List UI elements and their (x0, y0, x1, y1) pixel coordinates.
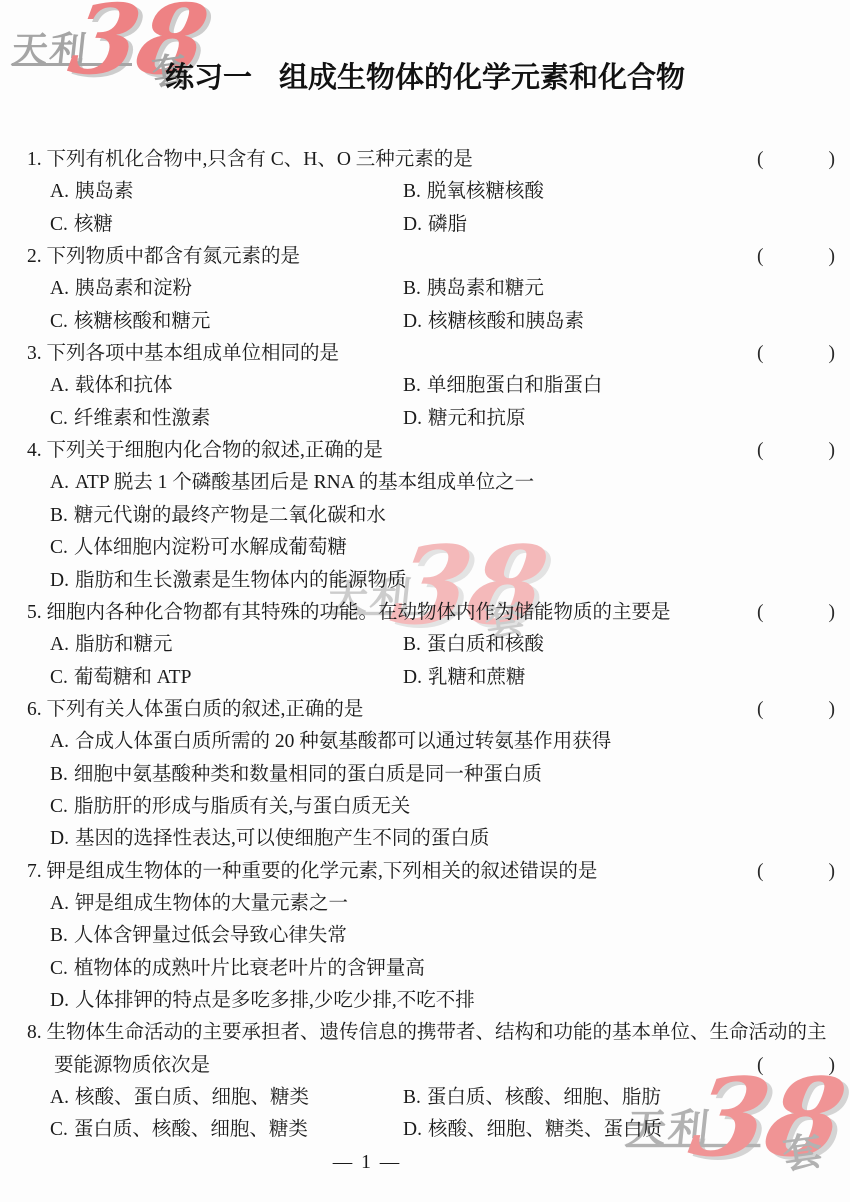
option-label: B. (403, 181, 421, 202)
question-number: 2. (27, 246, 42, 267)
option-label: C. (50, 311, 68, 332)
option-list: A.合成人体蛋白质所需的 20 种氨基酸都可以通过转氨基作用获得B.细胞中氨基酸… (27, 726, 835, 855)
question-number: 1. (27, 149, 42, 170)
option-label: A. (50, 731, 69, 752)
question-stem-line: 5. 细胞内各种化合物都有其特殊的功能。在动物体内作为储能物质的主要是() (27, 597, 835, 629)
question-list: 1. 下列有机化合物中,只含有 C、H、O 三种元素的是()A.胰岛素B.脱氧核… (0, 144, 850, 1147)
answer-brackets: () (757, 597, 835, 629)
question-number: 7. (27, 861, 42, 882)
option-label: C. (50, 408, 68, 429)
option-label: D. (403, 311, 422, 332)
paren-close: ) (829, 1050, 836, 1082)
option-B: B.蛋白质和核酸 (403, 629, 835, 661)
paren-close: ) (829, 144, 836, 176)
answer-brackets: () (757, 435, 835, 467)
option-A: A.胰岛素 (50, 176, 403, 208)
option-label: D. (403, 1119, 422, 1140)
answer-brackets: () (757, 856, 835, 888)
option-label: B. (403, 278, 421, 299)
option-label: D. (403, 214, 422, 235)
option-B: B.蛋白质、核酸、细胞、脂肪 (403, 1082, 835, 1114)
question-stem: 5. 细胞内各种化合物都有其特殊的功能。在动物体内作为储能物质的主要是 (27, 597, 835, 629)
option-D: D.基因的选择性表达,可以使细胞产生不同的蛋白质 (50, 823, 835, 855)
option-C: C.人体细胞内淀粉可水解成葡萄糖 (50, 532, 835, 564)
option-label: B. (403, 634, 421, 655)
option-D: D.核酸、细胞、糖类、蛋白质 (403, 1114, 835, 1146)
paren-close: ) (829, 338, 836, 370)
question-stem: 3. 下列各项中基本组成单位相同的是 (27, 338, 835, 370)
option-C: C.核糖 (50, 209, 403, 241)
question-stem: 1. 下列有机化合物中,只含有 C、H、O 三种元素的是 (27, 144, 835, 176)
page-title: 练习一 组成生物体的化学元素和化合物 (0, 0, 850, 99)
paren-open: ( (757, 435, 764, 467)
option-C: C.纤维素和性激素 (50, 403, 403, 435)
option-B: B.糖元代谢的最终产物是二氧化碳和水 (50, 500, 835, 532)
option-A: A.胰岛素和淀粉 (50, 273, 403, 305)
paren-close: ) (829, 856, 836, 888)
option-label: B. (50, 505, 68, 526)
option-D: D.乳糖和蔗糖 (403, 662, 835, 694)
option-C: C.核糖核酸和糖元 (50, 306, 403, 338)
option-label: C. (50, 667, 68, 688)
paren-open: ( (757, 856, 764, 888)
option-label: C. (50, 537, 68, 558)
answer-brackets: () (757, 241, 835, 273)
question-7: 7. 钾是组成生物体的一种重要的化学元素,下列相关的叙述错误的是()A.钾是组成… (27, 856, 835, 1018)
page-number: — 1 — (333, 1152, 402, 1174)
option-A: A.核酸、蛋白质、细胞、糖类 (50, 1082, 403, 1114)
option-D: D.糖元和抗原 (403, 403, 835, 435)
question-stem: 7. 钾是组成生物体的一种重要的化学元素,下列相关的叙述错误的是 (27, 856, 835, 888)
option-B: B.胰岛素和糖元 (403, 273, 835, 305)
option-label: B. (403, 1087, 421, 1108)
question-2: 2. 下列物质中都含有氮元素的是()A.胰岛素和淀粉B.胰岛素和糖元C.核糖核酸… (27, 241, 835, 338)
option-label: D. (50, 570, 69, 591)
option-D: D.核糖核酸和胰岛素 (403, 306, 835, 338)
question-number: 6. (27, 699, 42, 720)
option-label: D. (50, 828, 69, 849)
option-list: A.脂肪和糖元B.蛋白质和核酸C.葡萄糖和 ATPD.乳糖和蔗糖 (27, 629, 835, 694)
option-B: B.脱氧核糖核酸 (403, 176, 835, 208)
question-4: 4. 下列关于细胞内化合物的叙述,正确的是()A.ATP 脱去 1 个磷酸基团后… (27, 435, 835, 597)
option-label: A. (50, 1087, 69, 1108)
paren-close: ) (829, 597, 836, 629)
question-stem: 2. 下列物质中都含有氮元素的是 (27, 241, 835, 273)
option-C: C.葡萄糖和 ATP (50, 662, 403, 694)
question-number: 4. (27, 440, 42, 461)
question-stem: 4. 下列关于细胞内化合物的叙述,正确的是 (27, 435, 835, 467)
option-B: B.人体含钾量过低会导致心律失常 (50, 920, 835, 952)
question-stem-line: 1. 下列有机化合物中,只含有 C、H、O 三种元素的是() (27, 144, 835, 176)
question-stem-line: 4. 下列关于细胞内化合物的叙述,正确的是() (27, 435, 835, 467)
option-A: A.钾是组成生物体的大量元素之一 (50, 888, 835, 920)
option-label: A. (50, 893, 69, 914)
option-list: A.核酸、蛋白质、细胞、糖类B.蛋白质、核酸、细胞、脂肪C.蛋白质、核酸、细胞、… (27, 1082, 835, 1147)
option-label: C. (50, 214, 68, 235)
option-list: A.钾是组成生物体的大量元素之一B.人体含钾量过低会导致心律失常C.植物体的成熟… (27, 888, 835, 1017)
lesson-title: 组成生物体的化学元素和化合物 (279, 57, 685, 99)
answer-brackets: () (757, 144, 835, 176)
question-stem-line: 8. 生物体生命活动的主要承担者、遗传信息的携带者、结构和功能的基本单位、生命活… (27, 1017, 835, 1082)
paren-close: ) (829, 241, 836, 273)
question-number: 3. (27, 343, 42, 364)
answer-brackets: () (757, 1050, 835, 1082)
exam-page: 天利 38 套 天利 38 套 天利 38 套 练习一 组成生物体的化学元素和化… (0, 0, 850, 1202)
option-C: C.蛋白质、核酸、细胞、糖类 (50, 1114, 403, 1146)
option-label: C. (50, 958, 68, 979)
paren-close: ) (829, 435, 836, 467)
option-list: A.胰岛素B.脱氧核糖核酸C.核糖D.磷脂 (27, 176, 835, 241)
option-label: A. (50, 634, 69, 655)
question-1: 1. 下列有机化合物中,只含有 C、H、O 三种元素的是()A.胰岛素B.脱氧核… (27, 144, 835, 241)
paren-close: ) (829, 694, 836, 726)
option-D: D.磷脂 (403, 209, 835, 241)
paren-open: ( (757, 597, 764, 629)
question-stem-line: 7. 钾是组成生物体的一种重要的化学元素,下列相关的叙述错误的是() (27, 856, 835, 888)
option-label: C. (50, 1119, 68, 1140)
question-3: 3. 下列各项中基本组成单位相同的是()A.载体和抗体B.单细胞蛋白和脂蛋白C.… (27, 338, 835, 435)
option-A: A.载体和抗体 (50, 370, 403, 402)
paren-open: ( (757, 1050, 764, 1082)
question-stem-line: 6. 下列有关人体蛋白质的叙述,正确的是() (27, 694, 835, 726)
option-B: B.细胞中氨基酸种类和数量相同的蛋白质是同一种蛋白质 (50, 759, 835, 791)
question-stem-line: 2. 下列物质中都含有氮元素的是() (27, 241, 835, 273)
option-label: D. (50, 990, 69, 1011)
option-C: C.植物体的成熟叶片比衰老叶片的含钾量高 (50, 953, 835, 985)
option-label: A. (50, 375, 69, 396)
option-A: A.合成人体蛋白质所需的 20 种氨基酸都可以通过转氨基作用获得 (50, 726, 835, 758)
paren-open: ( (757, 241, 764, 273)
option-label: A. (50, 472, 69, 493)
question-stem: 8. 生物体生命活动的主要承担者、遗传信息的携带者、结构和功能的基本单位、生命活… (27, 1017, 835, 1082)
option-list: A.载体和抗体B.单细胞蛋白和脂蛋白C.纤维素和性激素D.糖元和抗原 (27, 370, 835, 435)
option-D: D.人体排钾的特点是多吃多排,少吃少排,不吃不排 (50, 985, 835, 1017)
question-6: 6. 下列有关人体蛋白质的叙述,正确的是()A.合成人体蛋白质所需的 20 种氨… (27, 694, 835, 856)
option-label: A. (50, 278, 69, 299)
option-label: D. (403, 667, 422, 688)
option-label: D. (403, 408, 422, 429)
question-number: 8. (27, 1022, 42, 1043)
option-label: B. (50, 764, 68, 785)
answer-brackets: () (757, 338, 835, 370)
option-D: D.脂肪和生长激素是生物体内的能源物质 (50, 565, 835, 597)
option-label: B. (403, 375, 421, 396)
option-C: C.脂肪肝的形成与脂质有关,与蛋白质无关 (50, 791, 835, 823)
paren-open: ( (757, 694, 764, 726)
option-label: A. (50, 181, 69, 202)
option-A: A.脂肪和糖元 (50, 629, 403, 661)
answer-brackets: () (757, 694, 835, 726)
option-label: C. (50, 796, 68, 817)
question-8: 8. 生物体生命活动的主要承担者、遗传信息的携带者、结构和功能的基本单位、生命活… (27, 1017, 835, 1146)
paren-open: ( (757, 338, 764, 370)
option-label: B. (50, 925, 68, 946)
option-list: A.ATP 脱去 1 个磷酸基团后是 RNA 的基本组成单位之一B.糖元代谢的最… (27, 467, 835, 596)
paren-open: ( (757, 144, 764, 176)
question-number: 5. (27, 602, 42, 623)
question-stem-line: 3. 下列各项中基本组成单位相同的是() (27, 338, 835, 370)
question-stem: 6. 下列有关人体蛋白质的叙述,正确的是 (27, 694, 835, 726)
option-B: B.单细胞蛋白和脂蛋白 (403, 370, 835, 402)
question-5: 5. 细胞内各种化合物都有其特殊的功能。在动物体内作为储能物质的主要是()A.脂… (27, 597, 835, 694)
option-A: A.ATP 脱去 1 个磷酸基团后是 RNA 的基本组成单位之一 (50, 467, 835, 499)
lesson-label: 练习一 (165, 57, 252, 99)
option-list: A.胰岛素和淀粉B.胰岛素和糖元C.核糖核酸和糖元D.核糖核酸和胰岛素 (27, 273, 835, 338)
